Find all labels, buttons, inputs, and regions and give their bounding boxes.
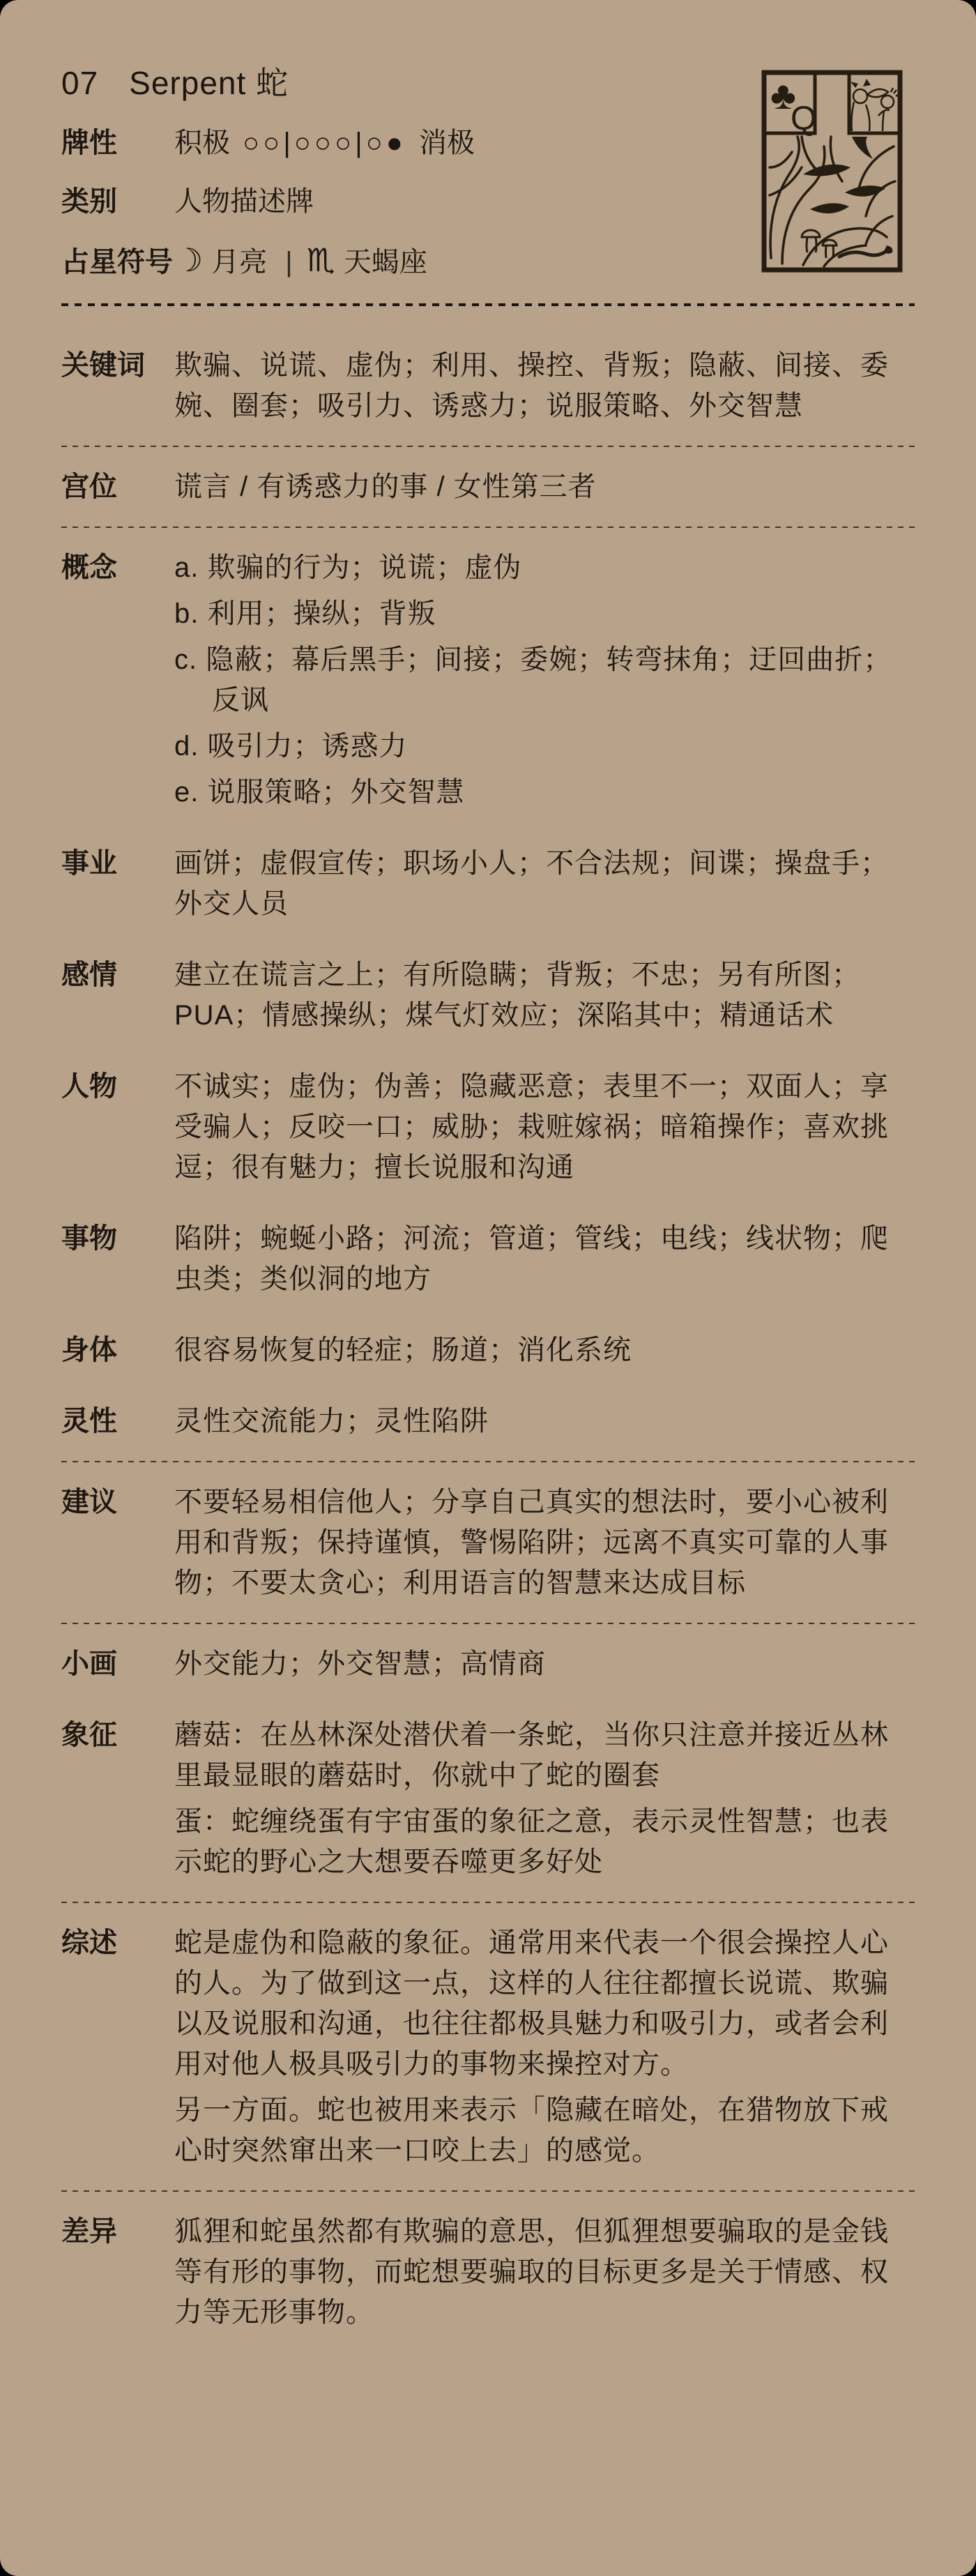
scorpio-label: 天蝎座 [344,245,427,280]
category-value: 人物描述牌 [174,184,314,219]
card-reference-page: ♣ Q [0,0,976,2576]
section-symbols: 象征 蘑菇：在丛林深处潜伏着一条蛇，当你只注意并接近丛林里最显眼的蘑菇时，你就中… [61,1715,915,1882]
things-label: 事物 [61,1218,174,1299]
body-label: 身体 [61,1330,174,1370]
section-summary: 综述 蛇是虚伪和隐蔽的象征。通常用来代表一个很会操控人心的人。为了做到这一点，这… [61,1923,915,2171]
section-palace: 宫位 谎言 / 有诱惑力的事 / 女性第三者 [61,467,915,507]
section-divider [61,446,915,447]
vignette-text: 外交能力；外交智慧；高情商 [174,1644,915,1684]
summary-paragraph: 蛇是虚伪和隐蔽的象征。通常用来代表一个很会操控人心的人。为了做到这一点，这样的人… [174,1923,915,2084]
section-keywords: 关键词 欺骗、说谎、虚伪；利用、操控、背叛；隐蔽、间接、委婉、圈套；吸引力、诱惑… [61,345,915,426]
symbols-list: 蘑菇：在丛林深处潜伏着一条蛇，当你只注意并接近丛林里最显眼的蘑菇时，你就中了蛇的… [174,1715,915,1882]
section-vignette: 小画 外交能力；外交智慧；高情商 [61,1644,915,1684]
concepts-list: a. 欺骗的行为；说谎；虚伪 b. 利用；操纵；背叛 c. 隐蔽；幕后黑手；间接… [174,547,915,812]
concept-item: b. 利用；操纵；背叛 [174,593,915,634]
people-text: 不诚实；虚伪；伪善；隐藏恶意；表里不一；双面人；享受骗人；反咬一口；威胁；栽赃嫁… [174,1066,915,1188]
difference-label: 差异 [61,2211,174,2333]
card-rank-box: ♣ Q [764,73,816,137]
concepts-label: 概念 [61,547,174,812]
summary-label: 综述 [61,1923,174,2171]
advice-text: 不要轻易相信他人；分享自己真实的想法时，要小心被利用和背叛；保持谨慎，警惕陷阱；… [174,1482,915,1603]
concept-item: d. 吸引力；诱惑力 [174,726,915,766]
category-label: 类别 [61,184,174,219]
difference-text: 狐狸和蛇虽然都有欺骗的意思，但狐狸想要骗取的是金钱等有形的事物，而蛇想要骗取的目… [174,2211,915,2333]
things-text: 陷阱；蜿蜒小路；河流；管道；管线；电线；线状物；爬虫类；类似洞的地方 [174,1218,915,1299]
section-divider [61,2190,915,2192]
career-text: 画饼；虚假宣传；职场小人；不合法规；间谍；操盘手；外交人员 [174,843,915,924]
section-divider [61,1902,915,1903]
concept-item: e. 说服策略；外交智慧 [174,772,915,812]
whisper-vignette-icon [849,73,900,133]
symbol-item: 蛋：蛇缠绕蛋有宇宙蛋的象征之意，表示灵性智慧；也表示蛇的野心之大想要吞噬更多好处 [174,1801,915,1882]
header-divider [61,303,915,306]
section-concepts: 概念 a. 欺骗的行为；说谎；虚伪 b. 利用；操纵；背叛 c. 隐蔽；幕后黑手… [61,547,915,812]
symbols-label: 象征 [61,1715,174,1882]
summary-paragraph: 另一方面。蛇也被用来表示「隐藏在暗处，在猎物放下戒心时突然窜出来一口咬上去」的感… [174,2090,915,2171]
love-label: 感情 [61,955,174,1036]
moon-icon: ☽ [174,243,203,278]
love-text: 建立在谎言之上；有所隐瞒；背叛；不忠；另有所图；PUA；情感操纵；煤气灯效应；深… [174,955,915,1036]
spirit-text: 灵性交流能力；灵性陷阱 [174,1401,915,1441]
polarity-positive-label: 积极 [174,126,230,160]
polarity-label: 牌性 [61,126,174,160]
people-label: 人物 [61,1066,174,1188]
section-body: 身体 很容易恢复的轻症；肠道；消化系统 [61,1330,915,1370]
section-divider [61,526,915,528]
sections: 关键词 欺骗、说谎、虚伪；利用、操控、背叛；隐蔽、间接、委婉、圈套；吸引力、诱惑… [61,345,915,2333]
section-things: 事物 陷阱；蜿蜒小路；河流；管道；管线；电线；线状物；爬虫类；类似洞的地方 [61,1218,915,1299]
card-name: Serpent 蛇 [129,65,289,101]
snake-icon [839,245,892,257]
palace-label: 宫位 [61,467,174,507]
keywords-text: 欺骗、说谎、虚伪；利用、操控、背叛；隐蔽、间接、委婉、圈套；吸引力、诱惑力；说服… [174,345,915,426]
astrology-label: 占星符号 [61,245,174,280]
section-people: 人物 不诚实；虚伪；伪善；隐藏恶意；表里不一；双面人；享受骗人；反咬一口；威胁；… [61,1066,915,1188]
concept-item: c. 隐蔽；幕后黑手；间接；委婉；转弯抹角；迂回曲折；反讽 [174,639,915,720]
section-difference: 差异 狐狸和蛇虽然都有欺骗的意思，但狐狸想要骗取的是金钱等有形的事物，而蛇想要骗… [61,2211,915,2333]
card-number: 07 [61,65,98,101]
palace-text: 谎言 / 有诱惑力的事 / 女性第三者 [174,467,915,507]
body-text: 很容易恢复的轻症；肠道；消化系统 [174,1330,915,1370]
moon-label: 月亮 [211,245,267,280]
section-divider [61,1461,915,1462]
polarity-value: 积极 ○○|○○○|○● 消极 [174,126,475,160]
keywords-label: 关键词 [61,345,174,426]
card-image: ♣ Q [761,70,903,273]
career-label: 事业 [61,843,174,924]
spirit-label: 灵性 [61,1401,174,1441]
advice-label: 建议 [61,1482,174,1603]
scorpio-icon: ♏ [307,243,335,278]
section-spirit: 灵性 灵性交流能力；灵性陷阱 [61,1401,915,1441]
section-love: 感情 建立在谎言之上；有所隐瞒；背叛；不忠；另有所图；PUA；情感操纵；煤气灯效… [61,955,915,1036]
polarity-negative-label: 消极 [419,126,475,160]
section-divider [61,1623,915,1624]
summary-paragraphs: 蛇是虚伪和隐蔽的象征。通常用来代表一个很会操控人心的人。为了做到这一点，这样的人… [174,1923,915,2171]
symbol-item: 蘑菇：在丛林深处潜伏着一条蛇，当你只注意并接近丛林里最显眼的蘑菇时，你就中了蛇的… [174,1715,915,1796]
vignette-label: 小画 [61,1644,174,1684]
concept-item: a. 欺骗的行为；说谎；虚伪 [174,547,915,588]
astrology-separator: | [285,245,292,280]
section-career: 事业 画饼；虚假宣传；职场小人；不合法规；间谍；操盘手；外交人员 [61,843,915,924]
astrology-value: ☽ 月亮 | ♏ 天蝎座 [174,243,432,280]
card-rank-letter: Q [791,100,816,137]
section-advice: 建议 不要轻易相信他人；分享自己真实的想法时，要小心被利用和背叛；保持谨慎，警惕… [61,1482,915,1603]
polarity-scale: ○○|○○○|○● [243,126,406,160]
foliage-leaves [803,137,885,213]
